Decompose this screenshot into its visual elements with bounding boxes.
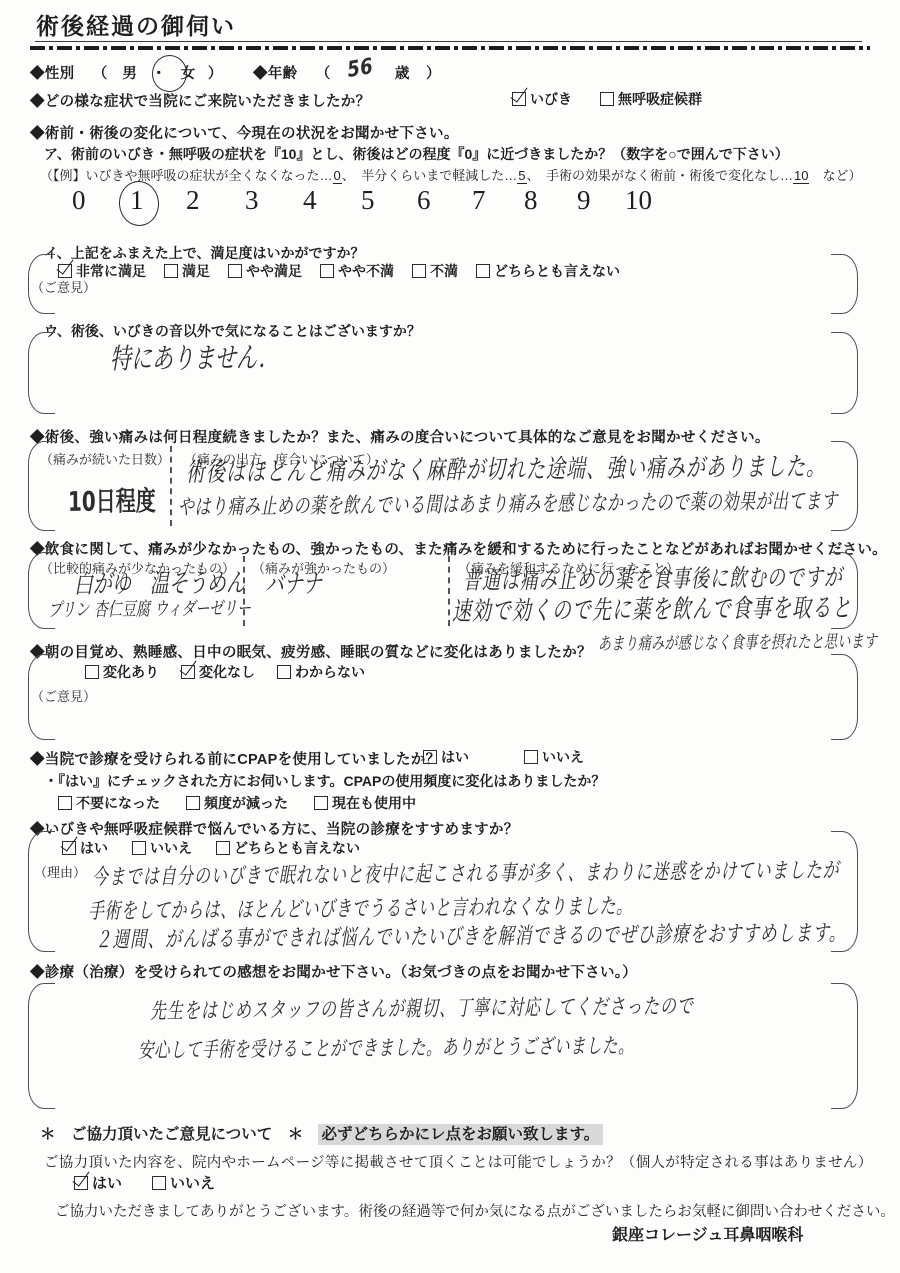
publish-question: ご協力頂いた内容を、院内やホームページ等に掲載させて頂くことは可能でしょうか？（…: [44, 1151, 873, 1172]
checkbox-label: 不要になった: [76, 793, 160, 813]
scale-7[interactable]: 7: [472, 185, 486, 216]
comment-label: （ご意見）: [31, 686, 96, 705]
profile-row: ◆性別 （ 男 ・ 女 ） ◆年齢 （ 56 歳 ）: [30, 62, 441, 83]
title-underline: [35, 41, 862, 42]
scale-8[interactable]: 8: [524, 185, 538, 216]
checkbox-option[interactable]: はい: [74, 1172, 122, 1193]
checkbox-icon[interactable]: [314, 796, 328, 810]
gender-circle-mark: [150, 53, 189, 93]
checkbox-option[interactable]: やや不満: [320, 261, 394, 281]
scale-3[interactable]: 3: [245, 185, 259, 216]
checkbox-icon[interactable]: [164, 264, 178, 278]
checkbox-icon[interactable]: [216, 841, 230, 855]
scale-circle-mark: [117, 179, 161, 227]
gender-close: ）: [208, 66, 223, 82]
eating-more-value: バナナ: [265, 564, 322, 601]
checkbox-icon[interactable]: [132, 841, 146, 855]
pain-detail-line2: やはり痛み止めの薬を飲んでいる間はあまり痛みを感じなかったので薬の効果が出てます: [178, 484, 838, 521]
gender-option-male[interactable]: （ 男: [93, 66, 137, 82]
age-label: ◆年齢: [253, 66, 297, 82]
checkbox-option[interactable]: いいえ: [152, 1172, 215, 1193]
eating-relief-line2: 速効で効くので先に薬を飲んで食事を取ると: [452, 588, 852, 628]
checkbox-option[interactable]: 変化なし: [181, 662, 255, 682]
scale-6[interactable]: 6: [417, 185, 431, 216]
change-heading: ◆術前・術後の変化について、今現在の状況をお聞かせ下さい。: [30, 122, 459, 143]
scale-2[interactable]: 2: [186, 185, 200, 216]
checkbox-option-mukokyu[interactable]: 無呼吸症候群: [600, 89, 702, 109]
checkbox-label: 変化あり: [103, 662, 159, 682]
thanks-note: ご協力いただきましてありがとうございます。術後の経過等で何か気になる点がございま…: [55, 1200, 895, 1221]
eating-relief-line3: あまり痛みが感じなく食事を摂れたと思います: [598, 627, 877, 655]
checkbox-icon[interactable]: [476, 264, 490, 278]
checkbox-option[interactable]: はい: [423, 747, 469, 767]
checkbox-option[interactable]: 変化あり: [85, 662, 159, 682]
checkbox-label: 変化なし: [199, 662, 255, 682]
scale-0[interactable]: 0: [72, 185, 86, 216]
checkbox-icon[interactable]: [58, 796, 72, 810]
scale-9[interactable]: 9: [577, 185, 591, 216]
example-text: （【例】いびきや無呼吸の症状が全くなくなった…: [40, 168, 333, 183]
checkbox-label: いいえ: [170, 1172, 215, 1193]
clinic-name: 銀座コレージュ耳鼻咽喉科: [612, 1222, 803, 1245]
change-sub-a: ア、術前のいびき・無呼吸の症状を『10』とし、術後はどの程度『0』に近づきました…: [44, 144, 789, 164]
comment-label: （ご意見）: [31, 277, 96, 296]
eating-divider-2: [448, 556, 450, 626]
checkbox-label: いいえ: [150, 838, 192, 858]
scanned-questionnaire: 術後経過の御伺い ◆性別 （ 男 ・ 女 ） ◆年齢 （ 56 歳 ） ◆どの様…: [0, 0, 900, 1273]
example-value-10: 10: [793, 168, 809, 184]
checkbox-icon[interactable]: [181, 665, 195, 679]
footer-note-highlight: 必ずどちらかにレ点をお願い致します。: [318, 1124, 604, 1145]
checkbox-icon[interactable]: [152, 1176, 166, 1190]
checkbox-label: やや不満: [338, 261, 394, 281]
checkbox-icon[interactable]: [524, 750, 538, 764]
cpap-q1-options: はい いいえ: [423, 747, 584, 767]
checkbox-option[interactable]: やや満足: [228, 261, 302, 281]
publish-options: はい いいえ: [74, 1172, 215, 1193]
example-text: 、 半分くらいまで軽減した…: [342, 168, 518, 183]
checkbox-option[interactable]: わからない: [277, 662, 365, 682]
checkbox-icon[interactable]: [228, 264, 242, 278]
age-open: （: [316, 66, 331, 82]
checkbox-icon[interactable]: [512, 92, 526, 106]
checkbox-icon[interactable]: [74, 1176, 88, 1190]
impression-line2: 安心して手術を受けることができました。ありがとうございました。: [138, 1030, 634, 1064]
pain-days-label: （痛みが続いた日数）: [40, 449, 170, 468]
page-title: 術後経過の御伺い: [36, 8, 236, 41]
reason-label: （理由）: [34, 862, 86, 881]
checkbox-label: はい: [92, 1172, 122, 1193]
age-close: ）: [426, 66, 441, 82]
checkbox-option[interactable]: 頻度が減った: [186, 793, 288, 813]
impression-line1: 先生をはじめスタッフの皆さんが親切、丁寧に対応してくださったので: [150, 989, 694, 1025]
gender-label: ◆性別: [30, 66, 74, 82]
symptom-question: ◆どの様な症状で当院にご来院いただきましたか？: [30, 90, 370, 111]
checkbox-option[interactable]: どちらとも言えない: [476, 261, 620, 281]
example-value-5: 5: [517, 168, 526, 184]
checkbox-icon[interactable]: [85, 665, 99, 679]
checkbox-icon[interactable]: [277, 665, 291, 679]
checkbox-label: わからない: [295, 662, 365, 682]
pain-column-divider: [170, 446, 172, 526]
change-example: （【例】いびきや無呼吸の症状が全くなくなった…0、 半分くらいまで軽減した…5、…: [40, 165, 862, 184]
eating-less-line2: プリン 杏仁豆腐 ウィダーゼリー: [48, 594, 251, 623]
cpap-q2-options: 不要になった 頻度が減った 現在も使用中: [58, 793, 416, 813]
checkbox-option[interactable]: どちらとも言えない: [216, 838, 360, 858]
checkbox-option[interactable]: 現在も使用中: [314, 793, 416, 813]
checkbox-label: 頻度が減った: [204, 793, 288, 813]
footer-note: ＊ ご協力頂いたご意見について ＊ 必ずどちらかにレ点をお願い致します。: [40, 1122, 603, 1144]
checkbox-label: いいえ: [542, 747, 584, 767]
checkbox-option[interactable]: いいえ: [524, 747, 584, 767]
decorative-rule: [30, 46, 870, 50]
scale-5[interactable]: 5: [361, 185, 375, 216]
age-value: 56: [346, 54, 374, 83]
checkbox-icon[interactable]: [412, 264, 426, 278]
recommend-options: はい いいえ どちらとも言えない: [62, 838, 360, 858]
sleep-options: 変化あり 変化なし わからない: [85, 662, 365, 682]
checkbox-label: どちらとも言えない: [234, 838, 360, 858]
checkbox-label: いびき: [530, 89, 572, 109]
cpap-followup: ・『はい』にチェックされた方にお伺いします。CPAPの使用頻度に変化はありました…: [44, 771, 605, 791]
checkbox-icon[interactable]: [320, 264, 334, 278]
footer-note-pre: ＊ ご協力頂いたご意見について ＊: [40, 1126, 303, 1143]
other-answer: 特にありません．: [110, 336, 279, 378]
checkbox-option[interactable]: 不満: [412, 261, 458, 281]
checkbox-label: 満足: [182, 261, 210, 281]
checkbox-label: 不満: [430, 261, 458, 281]
checkbox-icon[interactable]: [58, 264, 72, 278]
checkbox-option-ibiki[interactable]: いびき: [512, 89, 572, 109]
checkbox-label: はい: [80, 838, 108, 858]
age-unit: 歳: [395, 66, 410, 82]
symptom-options: いびき 無呼吸症候群: [512, 89, 702, 109]
checkbox-icon[interactable]: [62, 841, 76, 855]
pain-detail-line1: 術後はほとんど痛みがなく麻酔が切れた途端、強い痛みがありました。: [186, 447, 826, 489]
checkbox-label: 現在も使用中: [332, 793, 416, 813]
example-text: 、 手術の効果がなく術前・術後で変化なし…: [527, 168, 794, 183]
checkbox-label: やや満足: [246, 261, 302, 281]
checkbox-label: はい: [441, 747, 469, 767]
checkbox-icon[interactable]: [600, 92, 614, 106]
checkbox-icon[interactable]: [186, 796, 200, 810]
impression-heading: ◆診療（治療）を受けられての感想をお聞かせ下さい。（お気づきの点をお聞かせ下さい…: [30, 961, 637, 982]
checkbox-option[interactable]: いいえ: [132, 838, 192, 858]
example-text: など）: [809, 168, 861, 183]
scale-4[interactable]: 4: [303, 185, 317, 216]
scale-10[interactable]: 10: [625, 185, 652, 216]
checkbox-label: 無呼吸症候群: [618, 89, 702, 109]
pain-days-value: 10日程度: [68, 479, 156, 519]
checkbox-icon[interactable]: [423, 750, 437, 764]
checkbox-option[interactable]: 不要になった: [58, 793, 160, 813]
checkbox-option[interactable]: 満足: [164, 261, 210, 281]
checkbox-label: どちらとも言えない: [494, 261, 620, 281]
example-value-0: 0: [333, 168, 342, 184]
cpap-question: ◆当院で診療を受けられる前にCPAPを使用していましたか？: [30, 748, 440, 769]
satisfaction-options: 非常に満足 満足 やや満足 やや不満 不満 どちらとも言えない: [58, 261, 620, 281]
checkbox-option[interactable]: はい: [62, 838, 108, 858]
